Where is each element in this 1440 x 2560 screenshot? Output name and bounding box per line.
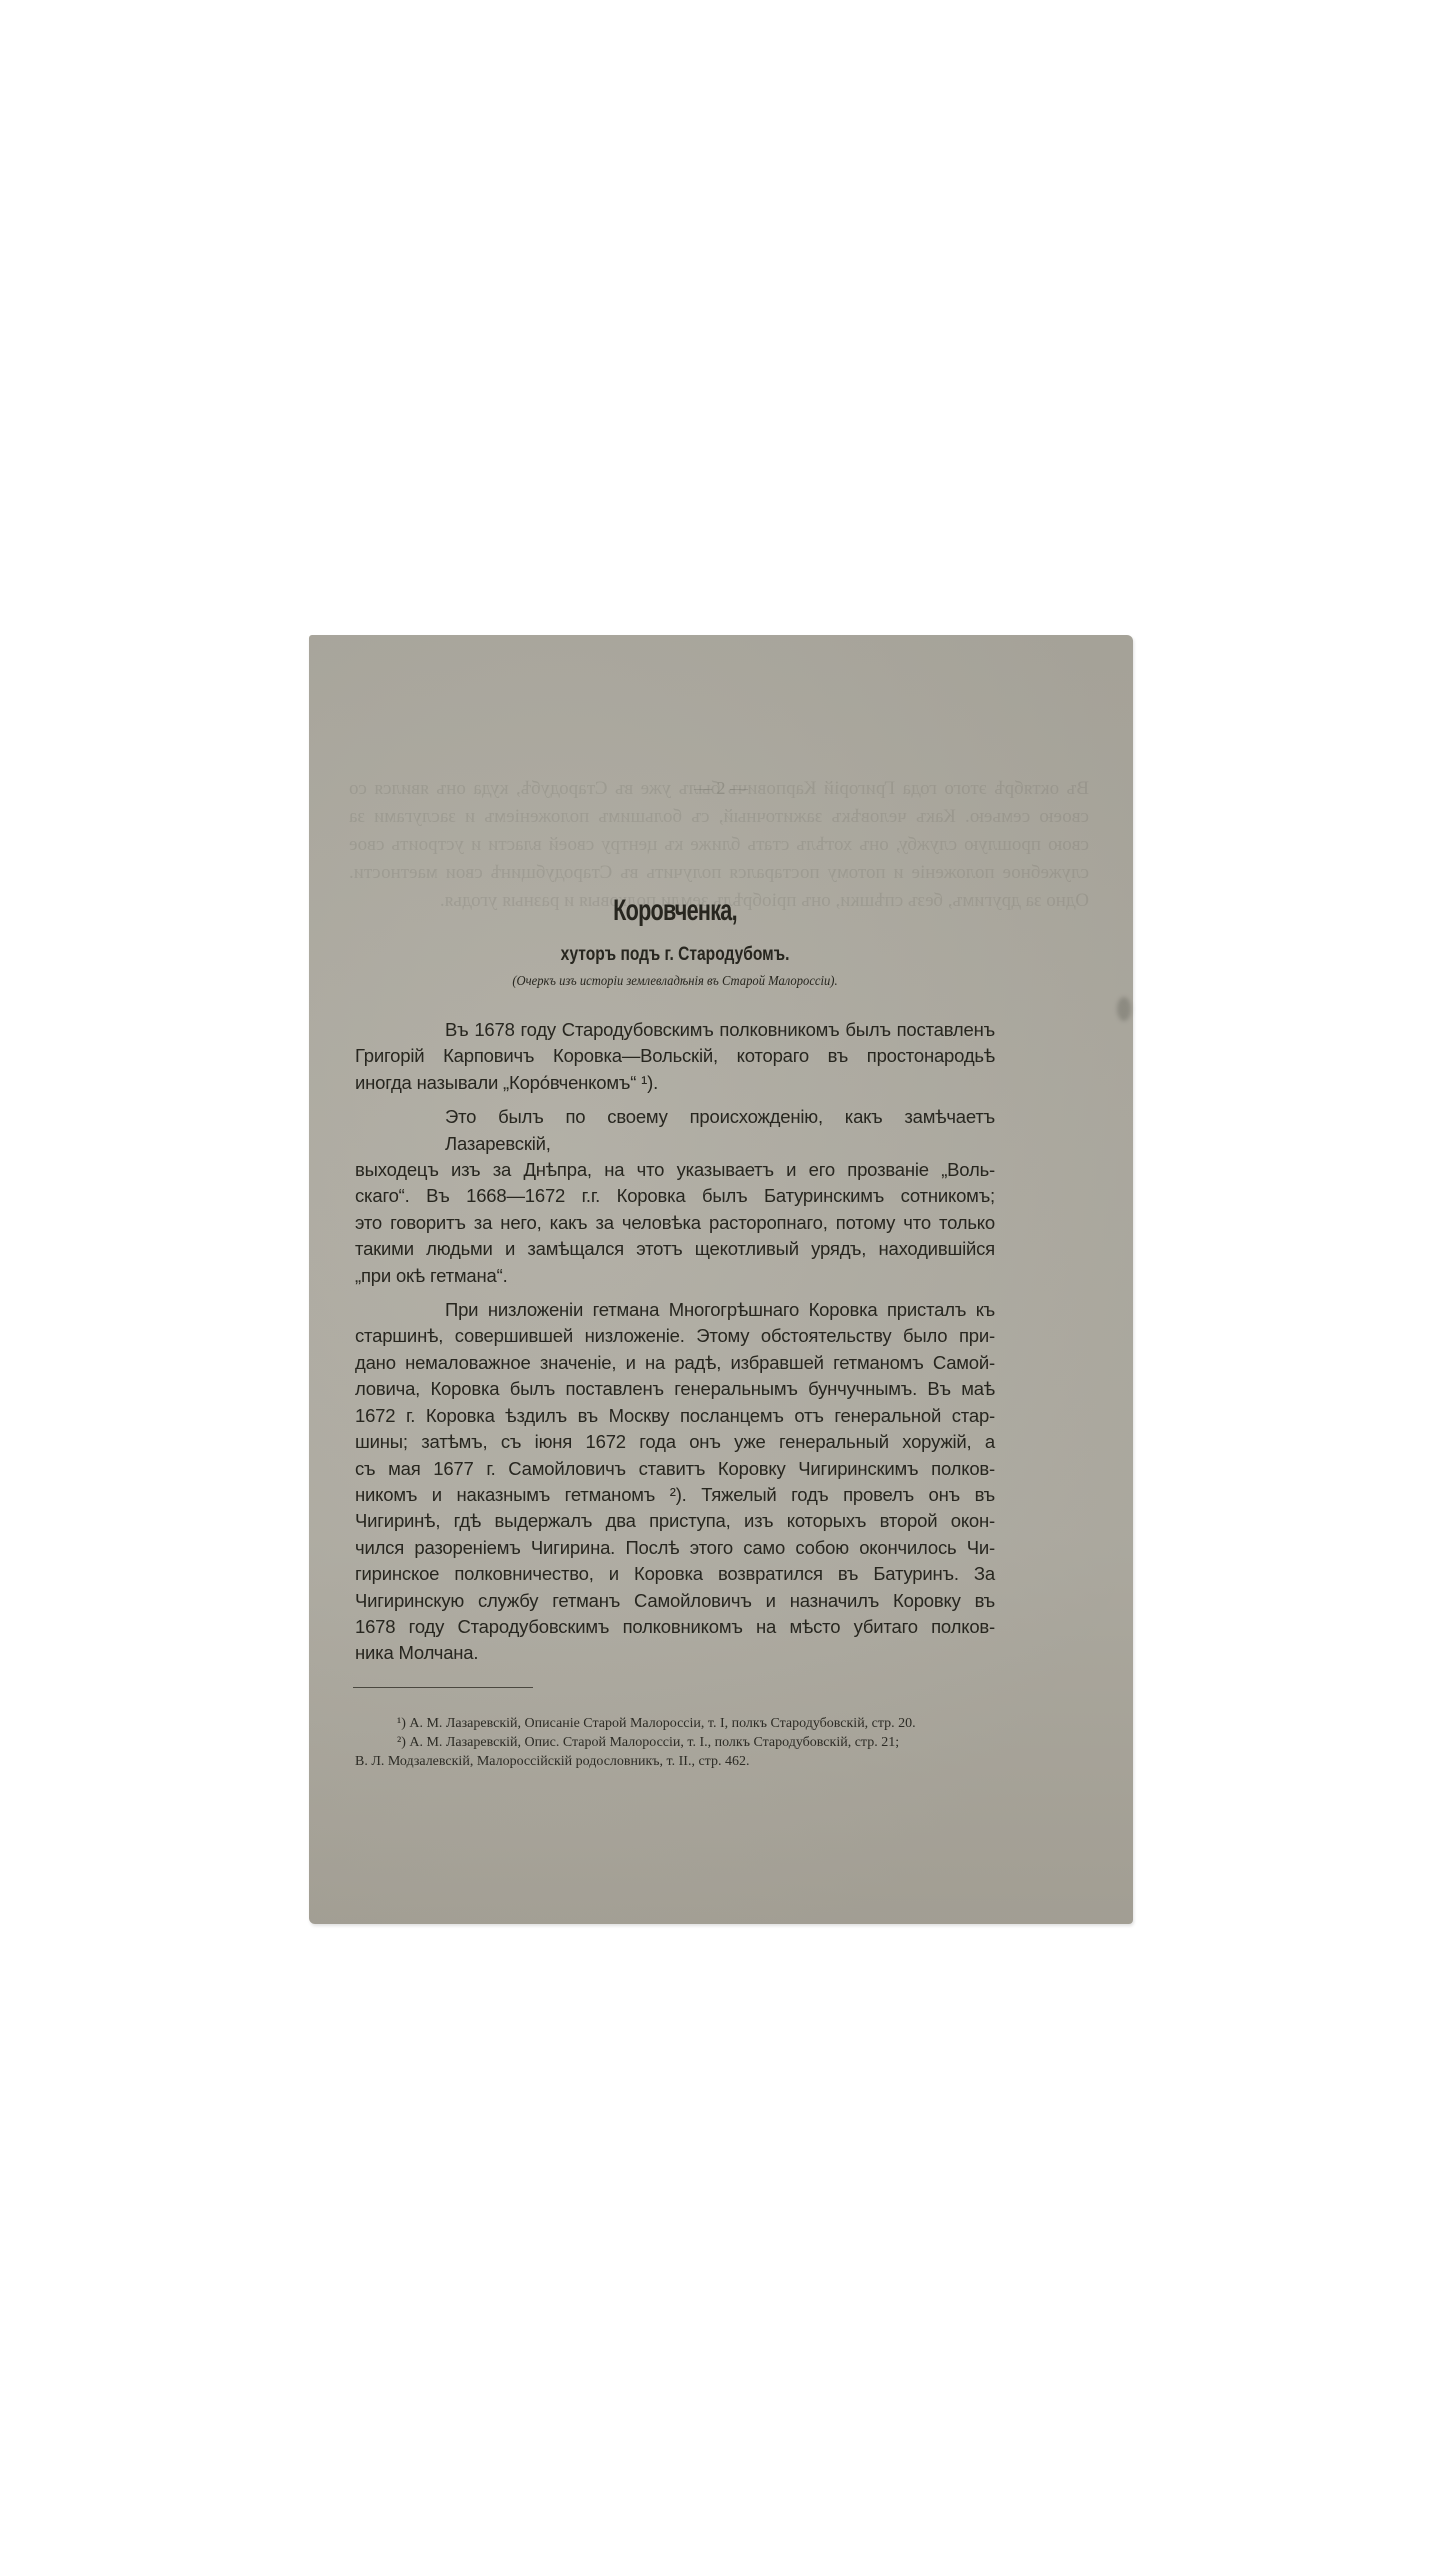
footnotes: ¹) А. М. Лазаревскій, Описаніе Старой Ма… bbox=[355, 1714, 995, 1771]
text-line: такими людьми и замѣщался этотъ щекотлив… bbox=[355, 1236, 995, 1262]
text-line: ника Молчана. bbox=[355, 1640, 995, 1666]
text-line: шины; затѣмъ, съ іюня 1672 года онъ уже … bbox=[355, 1429, 995, 1455]
scanned-page: Въ октябрѣ этого года Григорій Карповичъ… bbox=[309, 635, 1133, 1924]
series-note: (Очеркъ изъ исторіи землевладѣнія въ Ста… bbox=[387, 973, 963, 991]
text-line: При низложеніи гетмана Многогрѣшнаго Кор… bbox=[355, 1297, 995, 1323]
text-line: Въ 1678 году Стародубовскимъ полковником… bbox=[355, 1017, 995, 1043]
text-line: выходецъ изъ за Днѣпра, на что указывает… bbox=[355, 1157, 995, 1183]
paragraph: При низложеніи гетмана Многогрѣшнаго Кор… bbox=[355, 1297, 995, 1667]
text-line: „при окѣ гетмана“. bbox=[355, 1263, 995, 1289]
text-line: это говоритъ за него, какъ за человѣка р… bbox=[355, 1210, 995, 1236]
paragraph: Это былъ по своему происхожденію, какъ з… bbox=[355, 1104, 995, 1289]
text-line: съ мая 1677 г. Самойловичъ ставитъ Коров… bbox=[355, 1456, 995, 1482]
text-line: 1672 г. Коровка ѣздилъ въ Москву посланц… bbox=[355, 1403, 995, 1429]
article: Коровченка, хуторъ подъ г. Стародубомъ. … bbox=[355, 893, 995, 1771]
text-line: скаго“. Въ 1668—1672 г.г. Коровка былъ Б… bbox=[355, 1183, 995, 1209]
page-number-bleed: — 2 — bbox=[309, 778, 1133, 799]
article-title: Коровченка, bbox=[445, 893, 906, 929]
footnote-1: ¹) А. М. Лазаревскій, Описаніе Старой Ма… bbox=[355, 1714, 995, 1733]
article-subtitle: хуторъ подъ г. Стародубомъ. bbox=[413, 943, 938, 967]
text-line: чился разореніемъ Чигирина. Послѣ этого … bbox=[355, 1535, 995, 1561]
footnote-2-continued: В. Л. Модзалевскій, Малороссійскій родос… bbox=[355, 1752, 995, 1771]
text-line: ловича, Коровка былъ поставленъ генераль… bbox=[355, 1376, 995, 1402]
text-line: старшинѣ, совершившей низложеніе. Этому … bbox=[355, 1323, 995, 1349]
text-line: Это былъ по своему происхожденію, какъ з… bbox=[355, 1104, 995, 1157]
paragraph: Въ 1678 году Стародубовскимъ полковником… bbox=[355, 1017, 995, 1096]
text-line: 1678 году Стародубовскимъ полковникомъ н… bbox=[355, 1614, 995, 1640]
footnote-separator bbox=[353, 1687, 533, 1688]
text-line: никомъ и наказнымъ гетманомъ ²). Тяжелый… bbox=[355, 1482, 995, 1508]
paper-stain bbox=[1117, 997, 1131, 1021]
text-line: Чигиринѣ, гдѣ выдержалъ два приступа, из… bbox=[355, 1508, 995, 1534]
text-line: дано немаловажное значеніе, и на радѣ, и… bbox=[355, 1350, 995, 1376]
text-line: Григорій Карповичъ Коровка—Вольскій, кот… bbox=[355, 1043, 995, 1069]
text-line: Чигиринскую службу гетманъ Самойловичъ и… bbox=[355, 1588, 995, 1614]
text-line: иногда называли „Коро́вченкомъ“ ¹). bbox=[355, 1070, 995, 1096]
body-text: Въ 1678 году Стародубовскимъ полковником… bbox=[355, 1017, 995, 1667]
text-line: гиринское полковничество, и Коровка возв… bbox=[355, 1561, 995, 1587]
footnote-2: ²) А. М. Лазаревскій, Опис. Старой Малор… bbox=[355, 1733, 995, 1752]
